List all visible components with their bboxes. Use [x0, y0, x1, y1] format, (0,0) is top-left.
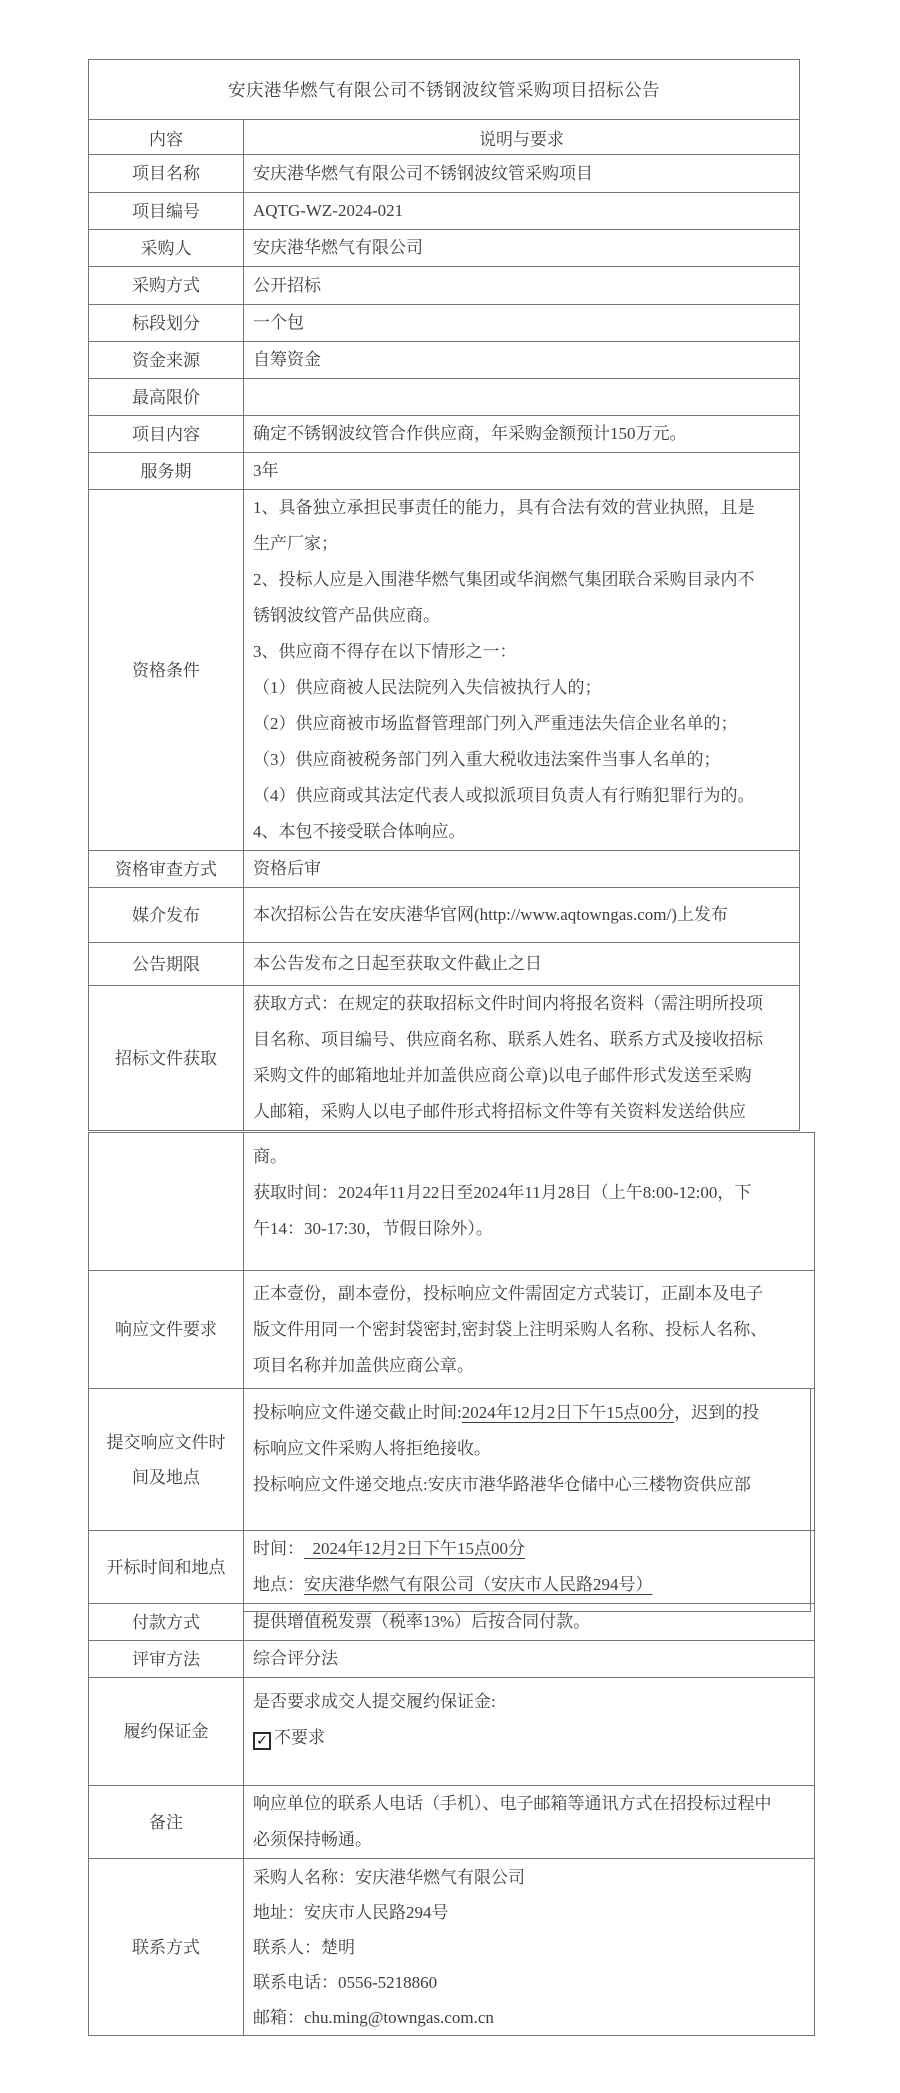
checkbox-checked-icon: ✓ — [253, 1732, 271, 1750]
content-line: 采购人名称：安庆港华燃气有限公司 — [253, 1860, 810, 1895]
text-segment: 标响应文件采购人将拒绝接收。 — [253, 1439, 491, 1458]
content-line: 正本壹份，副本壹份，投标响应文件需固定方式装订，正副本及电子 — [253, 1276, 810, 1312]
text-segment: 邮箱： — [253, 2008, 304, 2027]
text-segment: 锈钢波纹管产品供应商。 — [253, 606, 440, 625]
text-segment: 不要求 — [274, 1728, 325, 1747]
content-line: 投标响应文件递交地点:安庆市港华路港华仓储中心三楼物资供应部 — [253, 1467, 810, 1503]
content-line: 4、本包不接受联合体响应。 — [253, 814, 795, 850]
row-label: 资格条件 — [89, 490, 244, 851]
text-segment: 安庆港华燃气有限公司 — [253, 238, 423, 257]
text-segment: 商。 — [253, 1147, 287, 1166]
row-label: 公告期限 — [89, 943, 244, 986]
announcement-page: 安庆港华燃气有限公司不锈钢波纹管采购项目招标公告 内容 说明与要求 项目名称安庆… — [0, 0, 900, 2093]
row-label: 采购方式 — [89, 267, 244, 305]
text-segment: 目名称、项目编号、供应商名称、联系人姓名、联系方式及接收招标 — [253, 1030, 763, 1049]
submission-deadline: 2024年12月2日下午15点00分 — [462, 1403, 675, 1422]
content-line: 目名称、项目编号、供应商名称、联系人姓名、联系方式及接收招标 — [253, 1022, 795, 1058]
content-line: 公开招标 — [253, 268, 795, 304]
text-segment: 获取时间：2024年11月22日至2024年11月28日（上午8:00-12:0… — [253, 1183, 751, 1202]
opening-time: 2024年12月2日下午15点00分 — [304, 1539, 525, 1558]
row-label: 服务期 — [89, 453, 244, 490]
text-segment: 响应单位的联系人电话（手机）、电子邮箱等通讯方式在招投标过程中 — [253, 1794, 772, 1813]
table-row: 标段划分一个包 — [89, 305, 800, 342]
text-segment: )上发布 — [671, 905, 728, 924]
content-line: 安庆港华燃气有限公司不锈钢波纹管采购项目 — [253, 156, 795, 192]
row-content — [244, 379, 800, 416]
content-line: 响应单位的联系人电话（手机）、电子邮箱等通讯方式在招投标过程中 — [253, 1786, 810, 1822]
table-row: 资格条件1、具备独立承担民事责任的能力，具有合法有效的营业执照，且是生产厂家；2… — [89, 490, 800, 851]
text-segment: 是否要求成交人提交履约保证金: — [253, 1692, 496, 1711]
row-content: 综合评分法 — [244, 1641, 815, 1678]
row-label: 备注 — [89, 1786, 244, 1859]
table-row: 评审方法综合评分法 — [89, 1641, 815, 1678]
row-content: 获取方式：在规定的获取招标文件时间内将报名资料（需注明所投项目名称、项目编号、供… — [244, 986, 800, 1131]
content-line: 本次招标公告在安庆港华官网(http://www.aqtowngas.com/)… — [253, 897, 795, 933]
table-row: 项目编号AQTG-WZ-2024-021 — [89, 193, 800, 230]
content-line: 综合评分法 — [253, 1641, 810, 1677]
row-label: 联系方式 — [89, 1859, 244, 2036]
text-segment: 项目名称并加盖供应商公章。 — [253, 1356, 474, 1375]
text-segment: 投标响应文件递交截止时间: — [253, 1403, 462, 1422]
row-content: 本次招标公告在安庆港华官网(http://www.aqtowngas.com/)… — [244, 888, 800, 943]
row-content: 响应单位的联系人电话（手机）、电子邮箱等通讯方式在招投标过程中必须保持畅通。 — [244, 1786, 815, 1859]
row-content: 安庆港华燃气有限公司 — [244, 230, 800, 267]
row-label: 项目内容 — [89, 416, 244, 453]
content-line: 采购文件的邮箱地址并加盖供应商公章)以电子邮件形式发送至采购 — [253, 1058, 795, 1094]
table-row: 项目内容确定不锈钢波纹管合作供应商，年采购金额预计150万元。 — [89, 416, 800, 453]
content-line: 本公告发布之日起至获取文件截止之日 — [253, 946, 795, 982]
row-label: 资金来源 — [89, 342, 244, 379]
row-label: 履约保证金 — [89, 1678, 244, 1786]
row-content: 时间： 2024年12月2日下午15点00分地点：安庆港华燃气有限公司（安庆市人… — [244, 1531, 815, 1604]
row-content: 一个包 — [244, 305, 800, 342]
row-content: 公开招标 — [244, 267, 800, 305]
content-line: 3、供应商不得存在以下情形之一： — [253, 634, 795, 670]
email-text: chu.ming@towngas.com.cn — [304, 2008, 494, 2027]
text-segment: 3、供应商不得存在以下情形之一： — [253, 642, 517, 661]
text-segment: 1、具备独立承担民事责任的能力，具有合法有效的营业执照，且是 — [253, 498, 755, 517]
row-label: 开标时间和地点 — [89, 1531, 244, 1604]
announcement-table-main: 安庆港华燃气有限公司不锈钢波纹管采购项目招标公告 内容 说明与要求 项目名称安庆… — [88, 59, 800, 1131]
column-header-requirements: 说明与要求 — [244, 120, 800, 155]
table-row: 开标时间和地点时间： 2024年12月2日下午15点00分地点：安庆港华燃气有限… — [89, 1531, 815, 1604]
text-segment: （4）供应商或其法定代表人或拟派项目负责人有行贿犯罪行为的。 — [253, 786, 755, 805]
row-label: 项目编号 — [89, 193, 244, 230]
row-label: 招标文件获取 — [89, 986, 244, 1131]
website-url: http://www.aqtowngas.com/ — [480, 905, 672, 924]
row-content: 正本壹份，副本壹份，投标响应文件需固定方式装订，正副本及电子版文件用同一个密封袋… — [244, 1271, 815, 1389]
row-content: 资格后审 — [244, 851, 800, 888]
row-label: 提交响应文件时 间及地点 — [89, 1389, 244, 1531]
text-segment: 资格后审 — [253, 859, 321, 878]
text-segment: 本公告发布之日起至获取文件截止之日 — [253, 954, 542, 973]
text-segment: 2、投标人应是入围港华燃气集团或华润燃气集团联合采购目录内不 — [253, 570, 755, 589]
text-segment: 综合评分法 — [253, 1649, 338, 1668]
table-row: 备注响应单位的联系人电话（手机）、电子邮箱等通讯方式在招投标过程中必须保持畅通。 — [89, 1786, 815, 1859]
row-content: 3年 — [244, 453, 800, 490]
text-segment: ，迟到的投 — [674, 1403, 759, 1422]
row-label: 资格审查方式 — [89, 851, 244, 888]
content-line: 获取时间：2024年11月22日至2024年11月28日（上午8:00-12:0… — [253, 1175, 810, 1211]
row-label — [89, 1133, 244, 1271]
content-line: （1）供应商被人民法院列入失信被执行人的； — [253, 670, 795, 706]
table-row: 商。获取时间：2024年11月22日至2024年11月28日（上午8:00-12… — [89, 1133, 815, 1271]
content-line: AQTG-WZ-2024-021 — [253, 193, 795, 229]
table-row: 响应文件要求正本壹份，副本壹份，投标响应文件需固定方式装订，正副本及电子版文件用… — [89, 1271, 815, 1389]
table-row: 服务期3年 — [89, 453, 800, 490]
text-segment: 联系电话：0556-5218860 — [253, 1973, 437, 1992]
title-row: 安庆港华燃气有限公司不锈钢波纹管采购项目招标公告 — [89, 60, 800, 120]
text-segment: （2）供应商被市场监督管理部门列入严重违法失信企业名单的； — [253, 714, 738, 733]
row-label: 采购人 — [89, 230, 244, 267]
content-line: 投标响应文件递交截止时间:2024年12月2日下午15点00分，迟到的投 — [253, 1395, 810, 1431]
content-line: 午14：30-17:30，节假日除外）。 — [253, 1211, 810, 1247]
content-line: （3）供应商被税务部门列入重大税收违法案件当事人名单的； — [253, 742, 795, 778]
row-label: 付款方式 — [89, 1604, 244, 1641]
row-label: 响应文件要求 — [89, 1271, 244, 1389]
text-segment: 地点： — [253, 1575, 304, 1594]
content-line: 资格后审 — [253, 851, 795, 887]
table-row: 媒介发布本次招标公告在安庆港华官网(http://www.aqtowngas.c… — [89, 888, 800, 943]
column-header-content: 内容 — [89, 120, 244, 155]
text-segment: 3年 — [253, 461, 279, 480]
content-line: （4）供应商或其法定代表人或拟派项目负责人有行贿犯罪行为的。 — [253, 778, 795, 814]
row-content: 安庆港华燃气有限公司不锈钢波纹管采购项目 — [244, 155, 800, 193]
content-line: 项目名称并加盖供应商公章。 — [253, 1348, 810, 1384]
table-row: 联系方式采购人名称：安庆港华燃气有限公司地址：安庆市人民路294号联系人：楚明联… — [89, 1859, 815, 2036]
content-line: 提供增值税发票（税率13%）后按合同付款。 — [253, 1604, 810, 1640]
content-line: ✓不要求 — [253, 1720, 810, 1756]
content-line: 必须保持畅通。 — [253, 1822, 810, 1858]
row-content: 自筹资金 — [244, 342, 800, 379]
opening-place: 安庆港华燃气有限公司（安庆市人民路294号） — [304, 1575, 653, 1594]
text-segment: AQTG-WZ-2024-021 — [253, 201, 403, 220]
table-row: 资金来源自筹资金 — [89, 342, 800, 379]
text-segment: 提供增值税发票（税率13%）后按合同付款。 — [253, 1612, 590, 1631]
content-line: 3年 — [253, 453, 795, 489]
content-line: 联系人：楚明 — [253, 1930, 810, 1965]
content-line: 自筹资金 — [253, 342, 795, 378]
content-line: （2）供应商被市场监督管理部门列入严重违法失信企业名单的； — [253, 706, 795, 742]
row-content: 商。获取时间：2024年11月22日至2024年11月28日（上午8:00-12… — [244, 1133, 815, 1271]
text-segment: （3）供应商被税务部门列入重大税收违法案件当事人名单的； — [253, 750, 721, 769]
text-segment: 4、本包不接受联合体响应。 — [253, 822, 466, 841]
table-row: 提交响应文件时 间及地点投标响应文件递交截止时间:2024年12月2日下午15点… — [89, 1389, 815, 1531]
text-segment: 午14：30-17:30，节假日除外）。 — [253, 1219, 493, 1238]
content-line: 获取方式：在规定的获取招标文件时间内将报名资料（需注明所投项 — [253, 986, 795, 1022]
content-line: 锈钢波纹管产品供应商。 — [253, 598, 795, 634]
text-segment: 联系人：楚明 — [253, 1938, 355, 1957]
content-line: 标响应文件采购人将拒绝接收。 — [253, 1431, 810, 1467]
text-segment: 一个包 — [253, 313, 304, 332]
row-content: 本公告发布之日起至获取文件截止之日 — [244, 943, 800, 986]
header-row: 内容 说明与要求 — [89, 120, 800, 155]
table-row: 履约保证金是否要求成交人提交履约保证金:✓不要求 — [89, 1678, 815, 1786]
text-segment: 采购文件的邮箱地址并加盖供应商公章)以电子邮件形式发送至采购 — [253, 1066, 752, 1085]
row-label: 标段划分 — [89, 305, 244, 342]
text-segment: 时间： — [253, 1539, 304, 1558]
text-segment: 投标响应文件递交地点:安庆市港华路港华仓储中心三楼物资供应部 — [253, 1475, 751, 1494]
row-content: 采购人名称：安庆港华燃气有限公司地址：安庆市人民路294号联系人：楚明联系电话：… — [244, 1859, 815, 2036]
content-line: 是否要求成交人提交履约保证金: — [253, 1684, 810, 1720]
row-content: 是否要求成交人提交履约保证金:✓不要求 — [244, 1678, 815, 1786]
text-segment: 生产厂家； — [253, 534, 338, 553]
content-line: 联系电话：0556-5218860 — [253, 1965, 810, 2000]
row-label: 最高限价 — [89, 379, 244, 416]
content-line: 邮箱：chu.ming@towngas.com.cn — [253, 2000, 810, 2035]
row-content: AQTG-WZ-2024-021 — [244, 193, 800, 230]
content-line: 一个包 — [253, 305, 795, 341]
content-line: 人邮箱，采购人以电子邮件形式将招标文件等有关资料发送给供应 — [253, 1094, 795, 1130]
text-segment: 确定不锈钢波纹管合作供应商，年采购金额预计150万元。 — [253, 424, 687, 443]
content-line: 1、具备独立承担民事责任的能力，具有合法有效的营业执照，且是 — [253, 490, 795, 526]
text-segment: 地址：安庆市人民路294号 — [253, 1903, 449, 1922]
text-segment: 必须保持畅通。 — [253, 1830, 372, 1849]
row-label: 项目名称 — [89, 155, 244, 193]
row-label: 评审方法 — [89, 1641, 244, 1678]
table-row: 招标文件获取获取方式：在规定的获取招标文件时间内将报名资料（需注明所投项目名称、… — [89, 986, 800, 1131]
text-segment: 公开招标 — [253, 276, 321, 295]
table-row: 采购人安庆港华燃气有限公司 — [89, 230, 800, 267]
table-row: 公告期限本公告发布之日起至获取文件截止之日 — [89, 943, 800, 986]
content-line: 安庆港华燃气有限公司 — [253, 230, 795, 266]
content-line: 地址：安庆市人民路294号 — [253, 1895, 810, 1930]
content-line: 确定不锈钢波纹管合作供应商，年采购金额预计150万元。 — [253, 416, 795, 452]
row-content: 投标响应文件递交截止时间:2024年12月2日下午15点00分，迟到的投标响应文… — [244, 1389, 815, 1531]
content-line: 生产厂家； — [253, 526, 795, 562]
row-content: 提供增值税发票（税率13%）后按合同付款。 — [244, 1604, 815, 1641]
table-row: 资格审查方式资格后审 — [89, 851, 800, 888]
text-segment: 安庆港华燃气有限公司不锈钢波纹管采购项目 — [253, 164, 593, 183]
table-row: 付款方式提供增值税发票（税率13%）后按合同付款。 — [89, 1604, 815, 1641]
content-line: 商。 — [253, 1139, 810, 1175]
table-row: 采购方式公开招标 — [89, 267, 800, 305]
row-label: 媒介发布 — [89, 888, 244, 943]
text-segment: 采购人名称：安庆港华燃气有限公司 — [253, 1868, 525, 1887]
text-segment: 人邮箱，采购人以电子邮件形式将招标文件等有关资料发送给供应 — [253, 1102, 746, 1121]
table-row: 项目名称安庆港华燃气有限公司不锈钢波纹管采购项目 — [89, 155, 800, 193]
announcement-table-continued: 商。获取时间：2024年11月22日至2024年11月28日（上午8:00-12… — [88, 1132, 815, 2036]
content-line: 时间： 2024年12月2日下午15点00分 — [253, 1531, 810, 1567]
text-segment: 本次招标公告在安庆港华官网( — [253, 905, 480, 924]
row-content: 1、具备独立承担民事责任的能力，具有合法有效的营业执照，且是生产厂家；2、投标人… — [244, 490, 800, 851]
table-row: 最高限价 — [89, 379, 800, 416]
text-segment: 获取方式：在规定的获取招标文件时间内将报名资料（需注明所投项 — [253, 994, 763, 1013]
content-line: 版文件用同一个密封袋密封,密封袋上注明采购人名称、投标人名称、 — [253, 1312, 810, 1348]
text-segment: （1）供应商被人民法院列入失信被执行人的； — [253, 678, 602, 697]
document-title: 安庆港华燃气有限公司不锈钢波纹管采购项目招标公告 — [89, 60, 800, 120]
content-line: 地点：安庆港华燃气有限公司（安庆市人民路294号） — [253, 1567, 810, 1603]
content-line: 2、投标人应是入围港华燃气集团或华润燃气集团联合采购目录内不 — [253, 562, 795, 598]
text-segment: 自筹资金 — [253, 350, 321, 369]
text-segment: 版文件用同一个密封袋密封,密封袋上注明采购人名称、投标人名称、 — [253, 1320, 767, 1339]
text-segment: 正本壹份，副本壹份，投标响应文件需固定方式装订，正副本及电子 — [253, 1284, 763, 1303]
row-content: 确定不锈钢波纹管合作供应商，年采购金额预计150万元。 — [244, 416, 800, 453]
